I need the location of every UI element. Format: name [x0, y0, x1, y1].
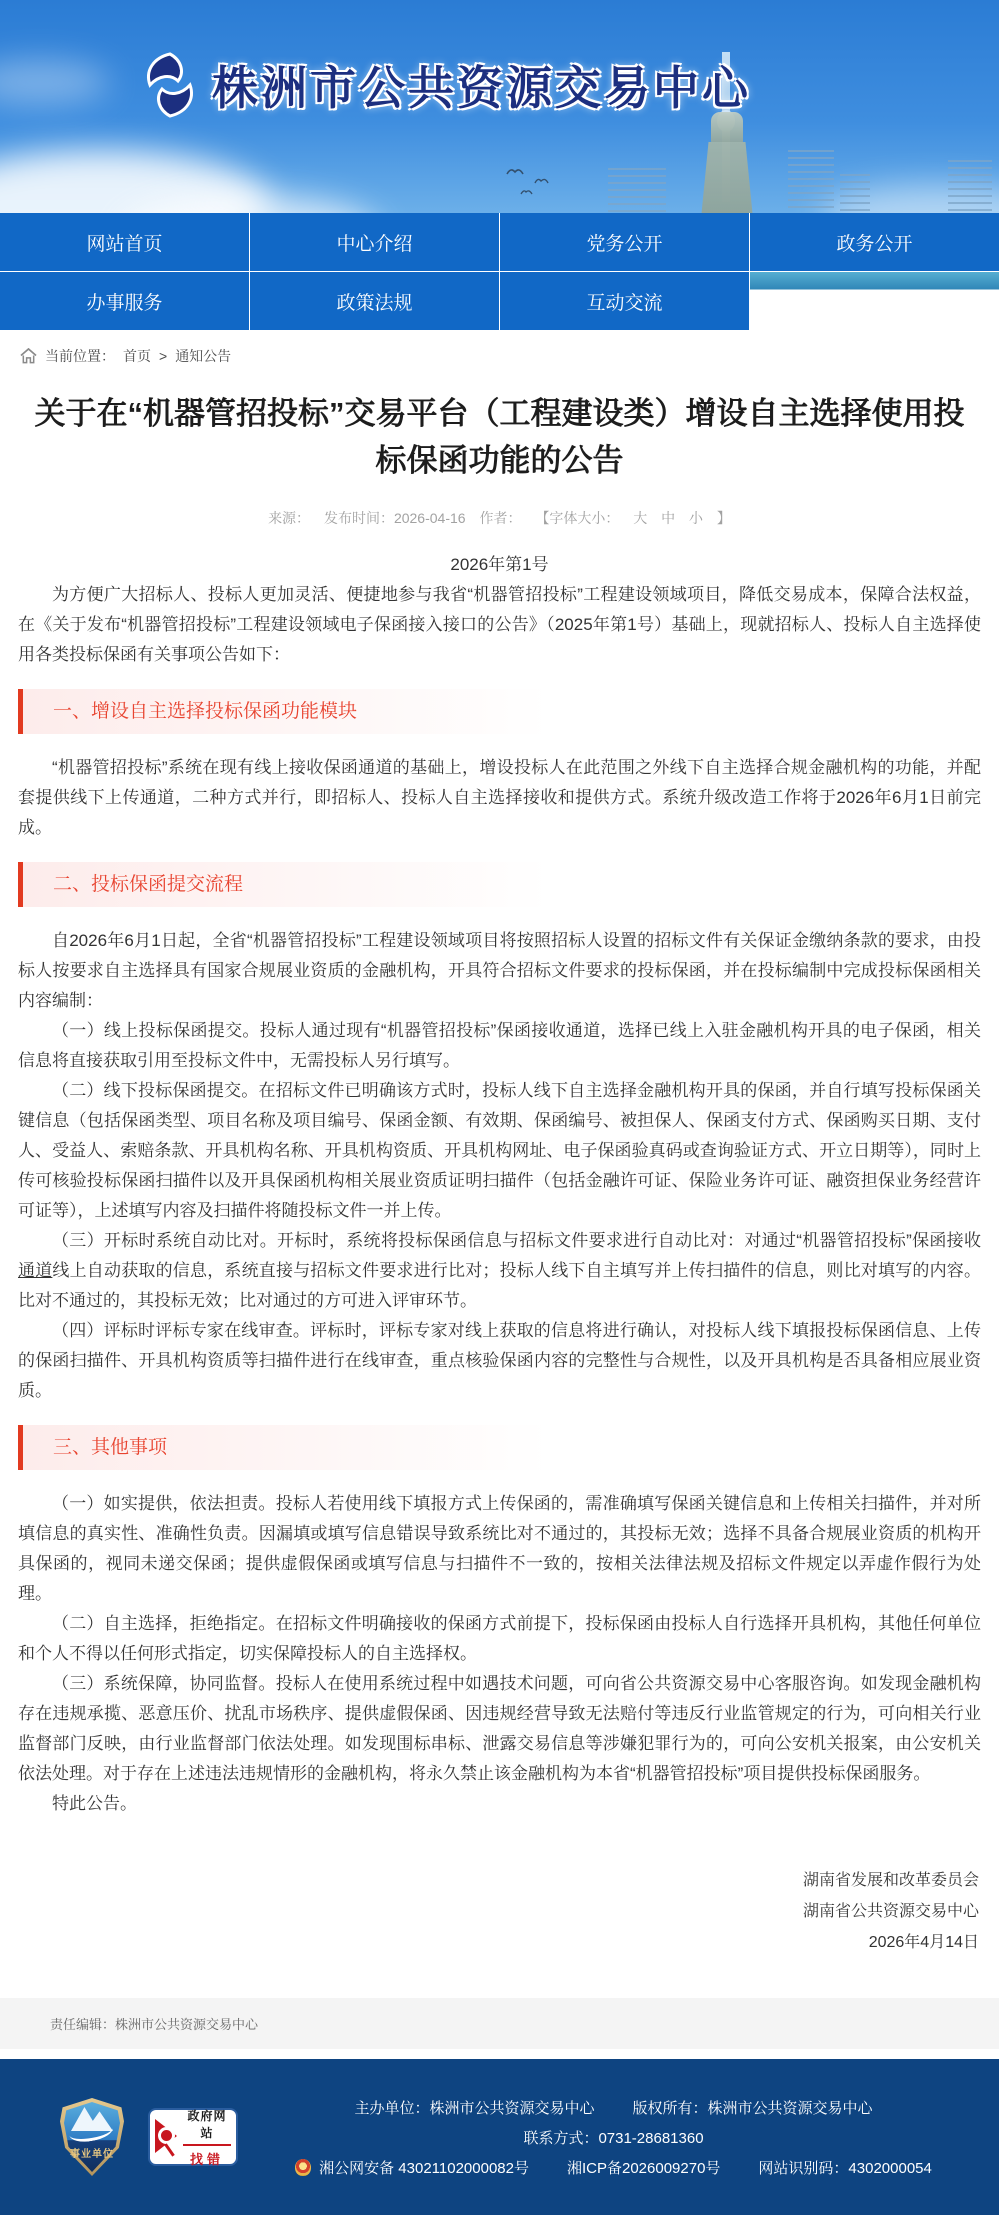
- building-silhouette: [840, 174, 870, 218]
- fontsize-small-button[interactable]: 小: [689, 510, 703, 526]
- article-meta: 来源： 发布时间：2026-04-16 作者： 【字体大小： 大 中 小 】: [0, 508, 999, 528]
- document-number: 2026年第1号: [18, 550, 981, 580]
- fontsize-medium-button[interactable]: 中: [661, 510, 675, 526]
- double-swoosh-logo-icon: [140, 50, 200, 120]
- footer-host: 主办单位：株洲市公共资源交易中心: [354, 2097, 594, 2118]
- site-header: 株洲市公共资源交易中心 网站首页中心介绍党务公开政务公开办事服务政策法规互动交流: [0, 0, 999, 330]
- paragraph: 为方便广大招标人、投标人更加灵活、便捷地参与我省“机器管招投标”工程建设领域项目…: [18, 580, 981, 670]
- footer-contact: 联系方式：0731-28681360: [523, 2127, 703, 2148]
- find-error-label: 找错: [190, 2149, 224, 2168]
- section-heading: 二、投标保函提交流程: [18, 862, 981, 907]
- signature-line: 2026年4月14日: [0, 1927, 979, 1958]
- editor-bar: 责任编辑：株洲市公共资源交易中心: [0, 1998, 999, 2049]
- paragraph: （三）开标时系统自动比对。开标时，系统将投标保函信息与招标文件要求进行自动比对：…: [18, 1226, 981, 1316]
- footer-info: 主办单位：株洲市公共资源交易中心 版权所有：株洲市公共资源交易中心 联系方式：0…: [258, 2097, 969, 2178]
- gov-site-label: 政府网站: [183, 2107, 231, 2146]
- police-badge-icon: [295, 2159, 311, 2176]
- paragraph: （一）线上投标保函提交。投标人通过现有“机器管招投标”保函接收通道，选择已线上入…: [18, 1016, 981, 1076]
- institution-shield-badge[interactable]: 事业单位: [60, 2098, 124, 2176]
- site-logo[interactable]: 株洲市公共资源交易中心: [140, 50, 751, 120]
- breadcrumb-home-link[interactable]: 首页: [123, 346, 151, 366]
- meta-fontsize-close: 】: [717, 510, 731, 526]
- fontsize-large-button[interactable]: 大: [633, 510, 647, 526]
- footer-icp-link[interactable]: 湘ICP备2026009270号: [567, 2157, 720, 2178]
- institution-badge-label: 事业单位: [60, 2145, 124, 2160]
- section-heading: 三、其他事项: [18, 1425, 981, 1470]
- signature-line: 湖南省公共资源交易中心: [0, 1896, 979, 1927]
- building-silhouette: [608, 168, 666, 218]
- nav-empty-cell: [750, 272, 999, 330]
- breadcrumb-label: 当前位置：: [45, 346, 115, 366]
- nav-item-5[interactable]: 办事服务: [0, 272, 249, 330]
- paragraph: （二）自主选择，拒绝指定。在招标文件明确接收的保函方式前提下，投标保函由投标人自…: [18, 1609, 981, 1669]
- building-silhouette: [948, 160, 992, 218]
- breadcrumb-current[interactable]: 通知公告: [175, 346, 231, 366]
- nav-item-4[interactable]: 政务公开: [750, 213, 999, 271]
- meta-fontsize-open: 【字体大小：: [535, 510, 619, 526]
- signature-line: 湖南省发展和改革委员会: [0, 1865, 979, 1896]
- footer-site-id: 网站识别码：4302000054: [758, 2157, 931, 2178]
- meta-publish-time: 发布时间：2026-04-16: [324, 510, 466, 526]
- footer-beian-link[interactable]: 湘公网安备 43021102000082号: [319, 2157, 529, 2178]
- nav-item-7[interactable]: 互动交流: [500, 272, 749, 330]
- meta-source-label: 来源：: [268, 510, 310, 526]
- nav-item-3[interactable]: 党务公开: [500, 213, 749, 271]
- paragraph: （四）评标时评标专家在线审查。评标时，评标专家对线上获取的信息将进行确认，对投标…: [18, 1316, 981, 1406]
- bird-icon: [520, 188, 533, 195]
- signature-block: 湖南省发展和改革委员会湖南省公共资源交易中心2026年4月14日: [0, 1865, 999, 1958]
- breadcrumb: 当前位置： 首页 > 通知公告: [0, 330, 999, 366]
- paragraph: “机器管招投标”系统在现有线上接收保函通道的基础上，增设投标人在此范围之外线下自…: [18, 753, 981, 843]
- meta-author-label: 作者：: [479, 510, 521, 526]
- magnifier-flag-icon: [155, 2114, 179, 2160]
- nav-item-2[interactable]: 中心介绍: [250, 213, 499, 271]
- nav-item-1[interactable]: 网站首页: [0, 213, 249, 271]
- article-body: 2026年第1号为方便广大招标人、投标人更加灵活、便捷地参与我省“机器管招投标”…: [0, 550, 999, 1819]
- main-nav: 网站首页中心介绍党务公开政务公开办事服务政策法规互动交流: [0, 213, 999, 330]
- building-silhouette: [788, 150, 834, 218]
- site-title: 株洲市公共资源交易中心: [212, 52, 751, 118]
- gov-site-find-error-badge[interactable]: 政府网站 找错: [148, 2108, 238, 2166]
- section-heading: 一、增设自主选择投标保函功能模块: [18, 689, 981, 734]
- footer-badges: 事业单位 政府网站 找错: [60, 2098, 238, 2176]
- paragraph: 特此公告。: [18, 1789, 981, 1819]
- breadcrumb-separator: >: [159, 348, 167, 364]
- paragraph: （三）系统保障，协同监督。投标人在使用系统过程中如遇技术问题，可向省公共资源交易…: [18, 1669, 981, 1789]
- paragraph: （一）如实提供，依法担责。投标人若使用线下填报方式上传保函的，需准确填写保函关键…: [18, 1489, 981, 1609]
- nav-item-6[interactable]: 政策法规: [250, 272, 499, 330]
- paragraph: （二）线下投标保函提交。在招标文件已明确该方式时，投标人线下自主选择金融机构开具…: [18, 1076, 981, 1226]
- site-footer: 事业单位 政府网站 找错 主办单位：株洲市公共资源交易中心 版权所有：株洲市公共…: [0, 2059, 999, 2215]
- home-icon[interactable]: [20, 348, 37, 364]
- bird-icon: [534, 176, 549, 184]
- bird-icon: [506, 166, 524, 175]
- footer-copyright: 版权所有：株洲市公共资源交易中心: [633, 2097, 873, 2118]
- cloud-decoration: [0, 60, 110, 104]
- paragraph: 自2026年6月1日起，全省“机器管招投标”工程建设领域项目将按照招标人设置的招…: [18, 926, 981, 1016]
- page-title: 关于在“机器管招投标”交易平台（工程建设类）增设自主选择使用投标保函功能的公告: [28, 390, 971, 484]
